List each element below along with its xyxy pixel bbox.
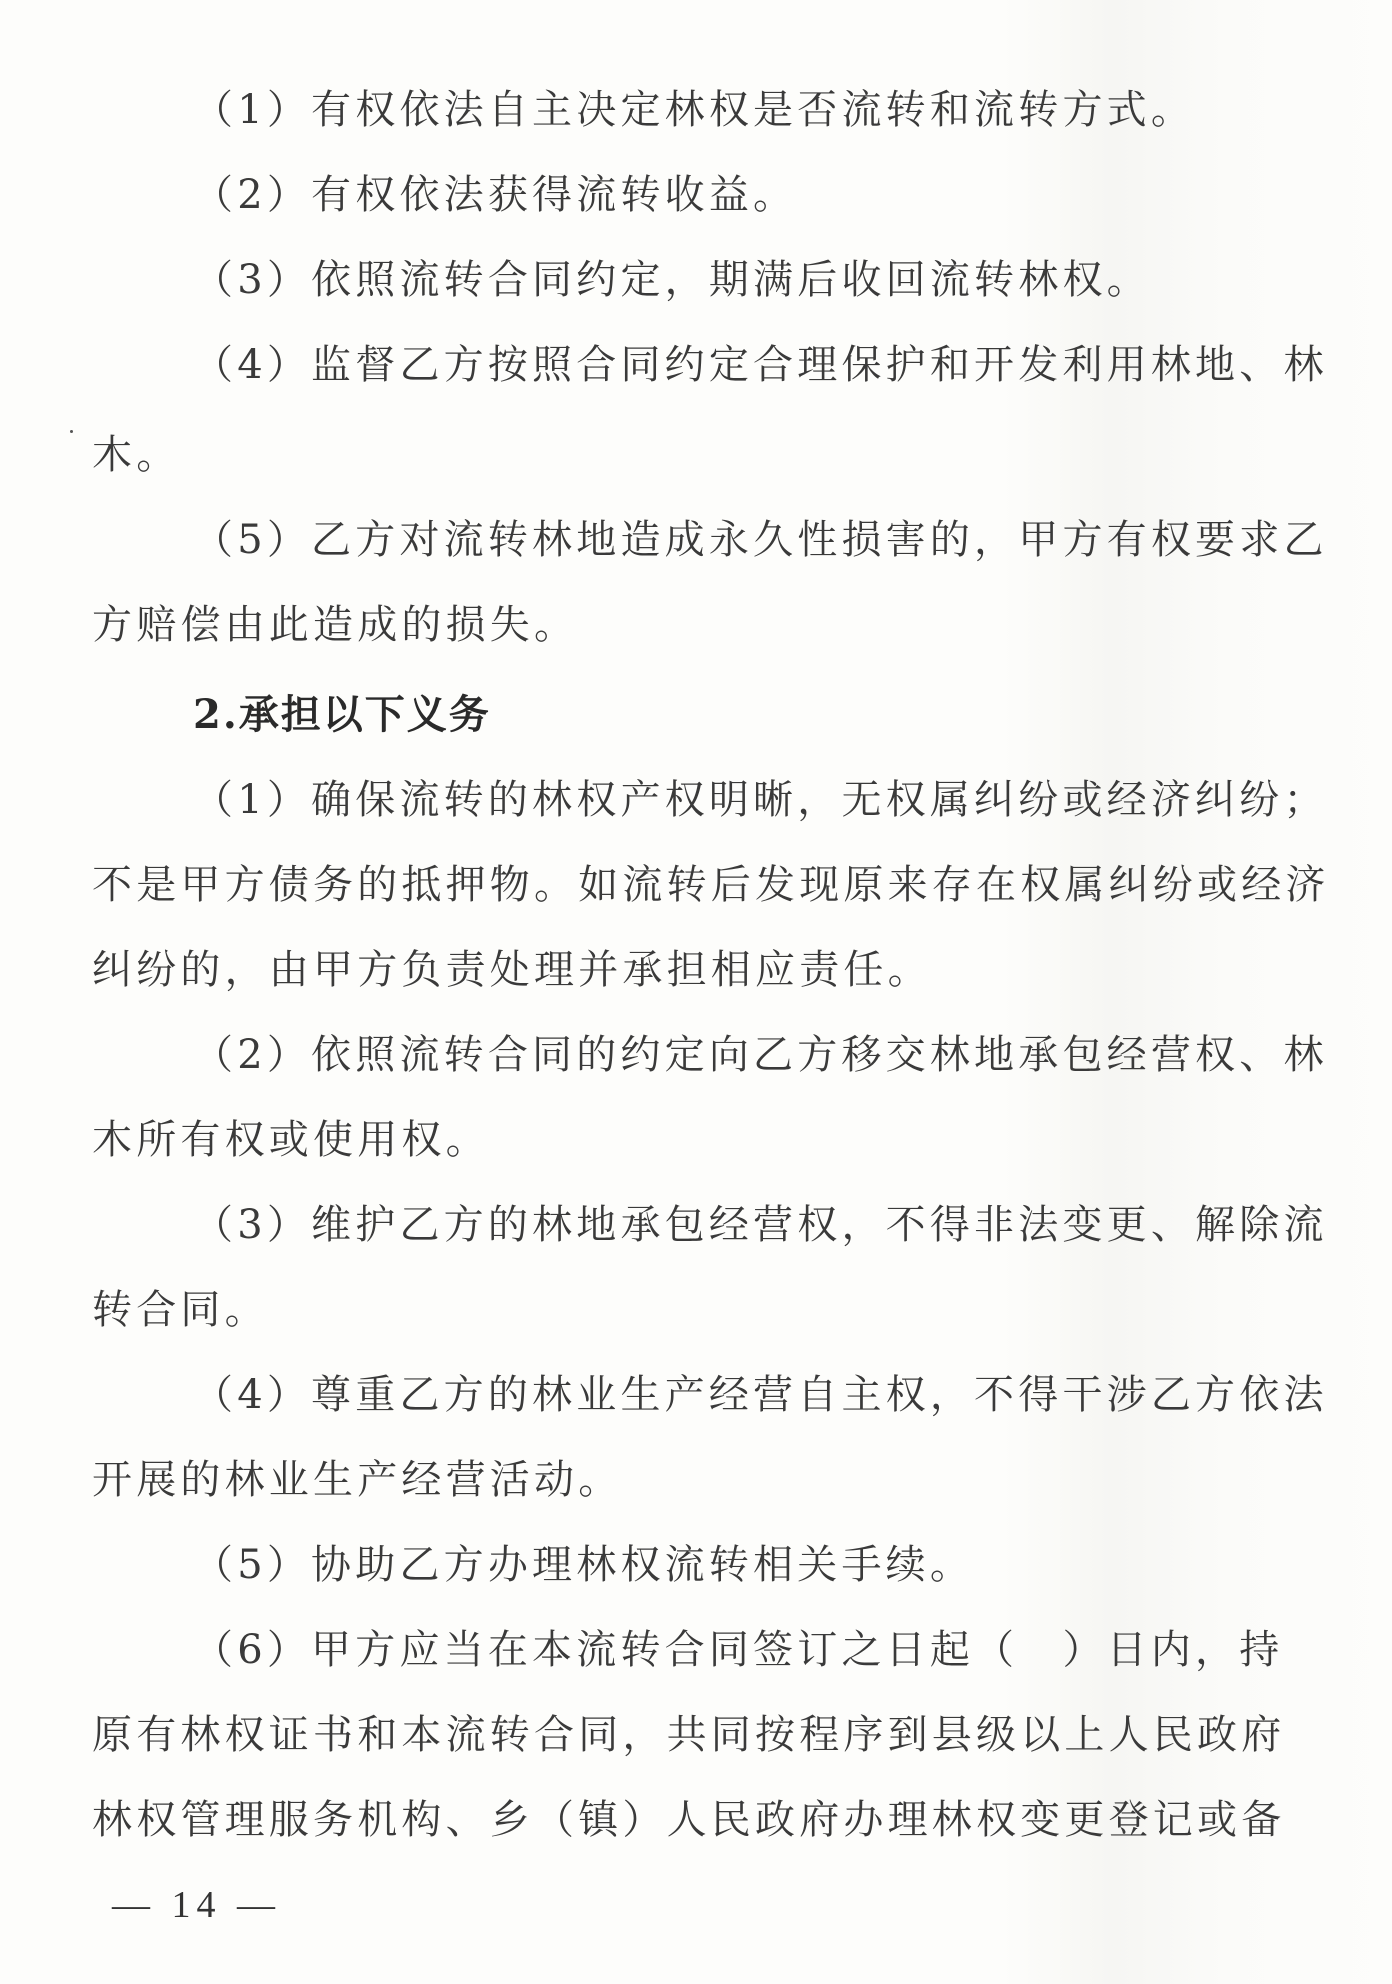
- document-page: （1）有权依法自主决定林权是否流转和流转方式。 （2）有权依法获得流转收益。 （…: [0, 0, 1392, 1984]
- paragraph-line: 开展的林业生产经营活动。: [92, 1437, 1318, 1523]
- paragraph-line: （3）依照流转合同约定，期满后收回流转林权。: [193, 237, 1318, 323]
- paragraph-line: （2）有权依法获得流转收益。: [193, 152, 1318, 238]
- paragraph-line: （4）尊重乙方的林业生产经营自主权，不得干涉乙方依法: [193, 1352, 1318, 1438]
- paragraph-line: （4）监督乙方按照合同约定合理保护和开发利用林地、林: [193, 322, 1318, 408]
- section-heading: 2.承担以下义务: [193, 672, 1318, 758]
- paragraph-line: （1）确保流转的林权产权明晰，无权属纠纷或经济纠纷；: [193, 757, 1318, 843]
- paragraph-line: 纠纷的，由甲方负责处理并承担相应责任。: [92, 927, 1318, 1013]
- paragraph-line: 木。: [92, 412, 1318, 498]
- paragraph-line: （5）乙方对流转林地造成永久性损害的，甲方有权要求乙: [193, 497, 1318, 583]
- paragraph-line: （2）依照流转合同的约定向乙方移交林地承包经营权、林: [193, 1012, 1318, 1098]
- paragraph-line: （1）有权依法自主决定林权是否流转和流转方式。: [193, 67, 1318, 153]
- paragraph-line: （6）甲方应当在本流转合同签订之日起（ ）日内，持: [193, 1607, 1318, 1693]
- page-number: — 14 —: [112, 1875, 281, 1935]
- paragraph-line: 方赔偿由此造成的损失。: [92, 582, 1318, 668]
- paragraph-line: 原有林权证书和本流转合同，共同按程序到县级以上人民政府: [92, 1692, 1318, 1778]
- paragraph-line: （5）协助乙方办理林权流转相关手续。: [193, 1522, 1318, 1608]
- paragraph-line: 不是甲方债务的抵押物。如流转后发现原来存在权属纠纷或经济: [92, 842, 1318, 928]
- scan-speck: [70, 430, 73, 433]
- paragraph-line: （3）维护乙方的林地承包经营权，不得非法变更、解除流: [193, 1182, 1318, 1268]
- paragraph-line: 转合同。: [92, 1267, 1318, 1353]
- paragraph-line: 林权管理服务机构、乡（镇）人民政府办理林权变更登记或备: [92, 1777, 1318, 1863]
- paragraph-line: 木所有权或使用权。: [92, 1097, 1318, 1183]
